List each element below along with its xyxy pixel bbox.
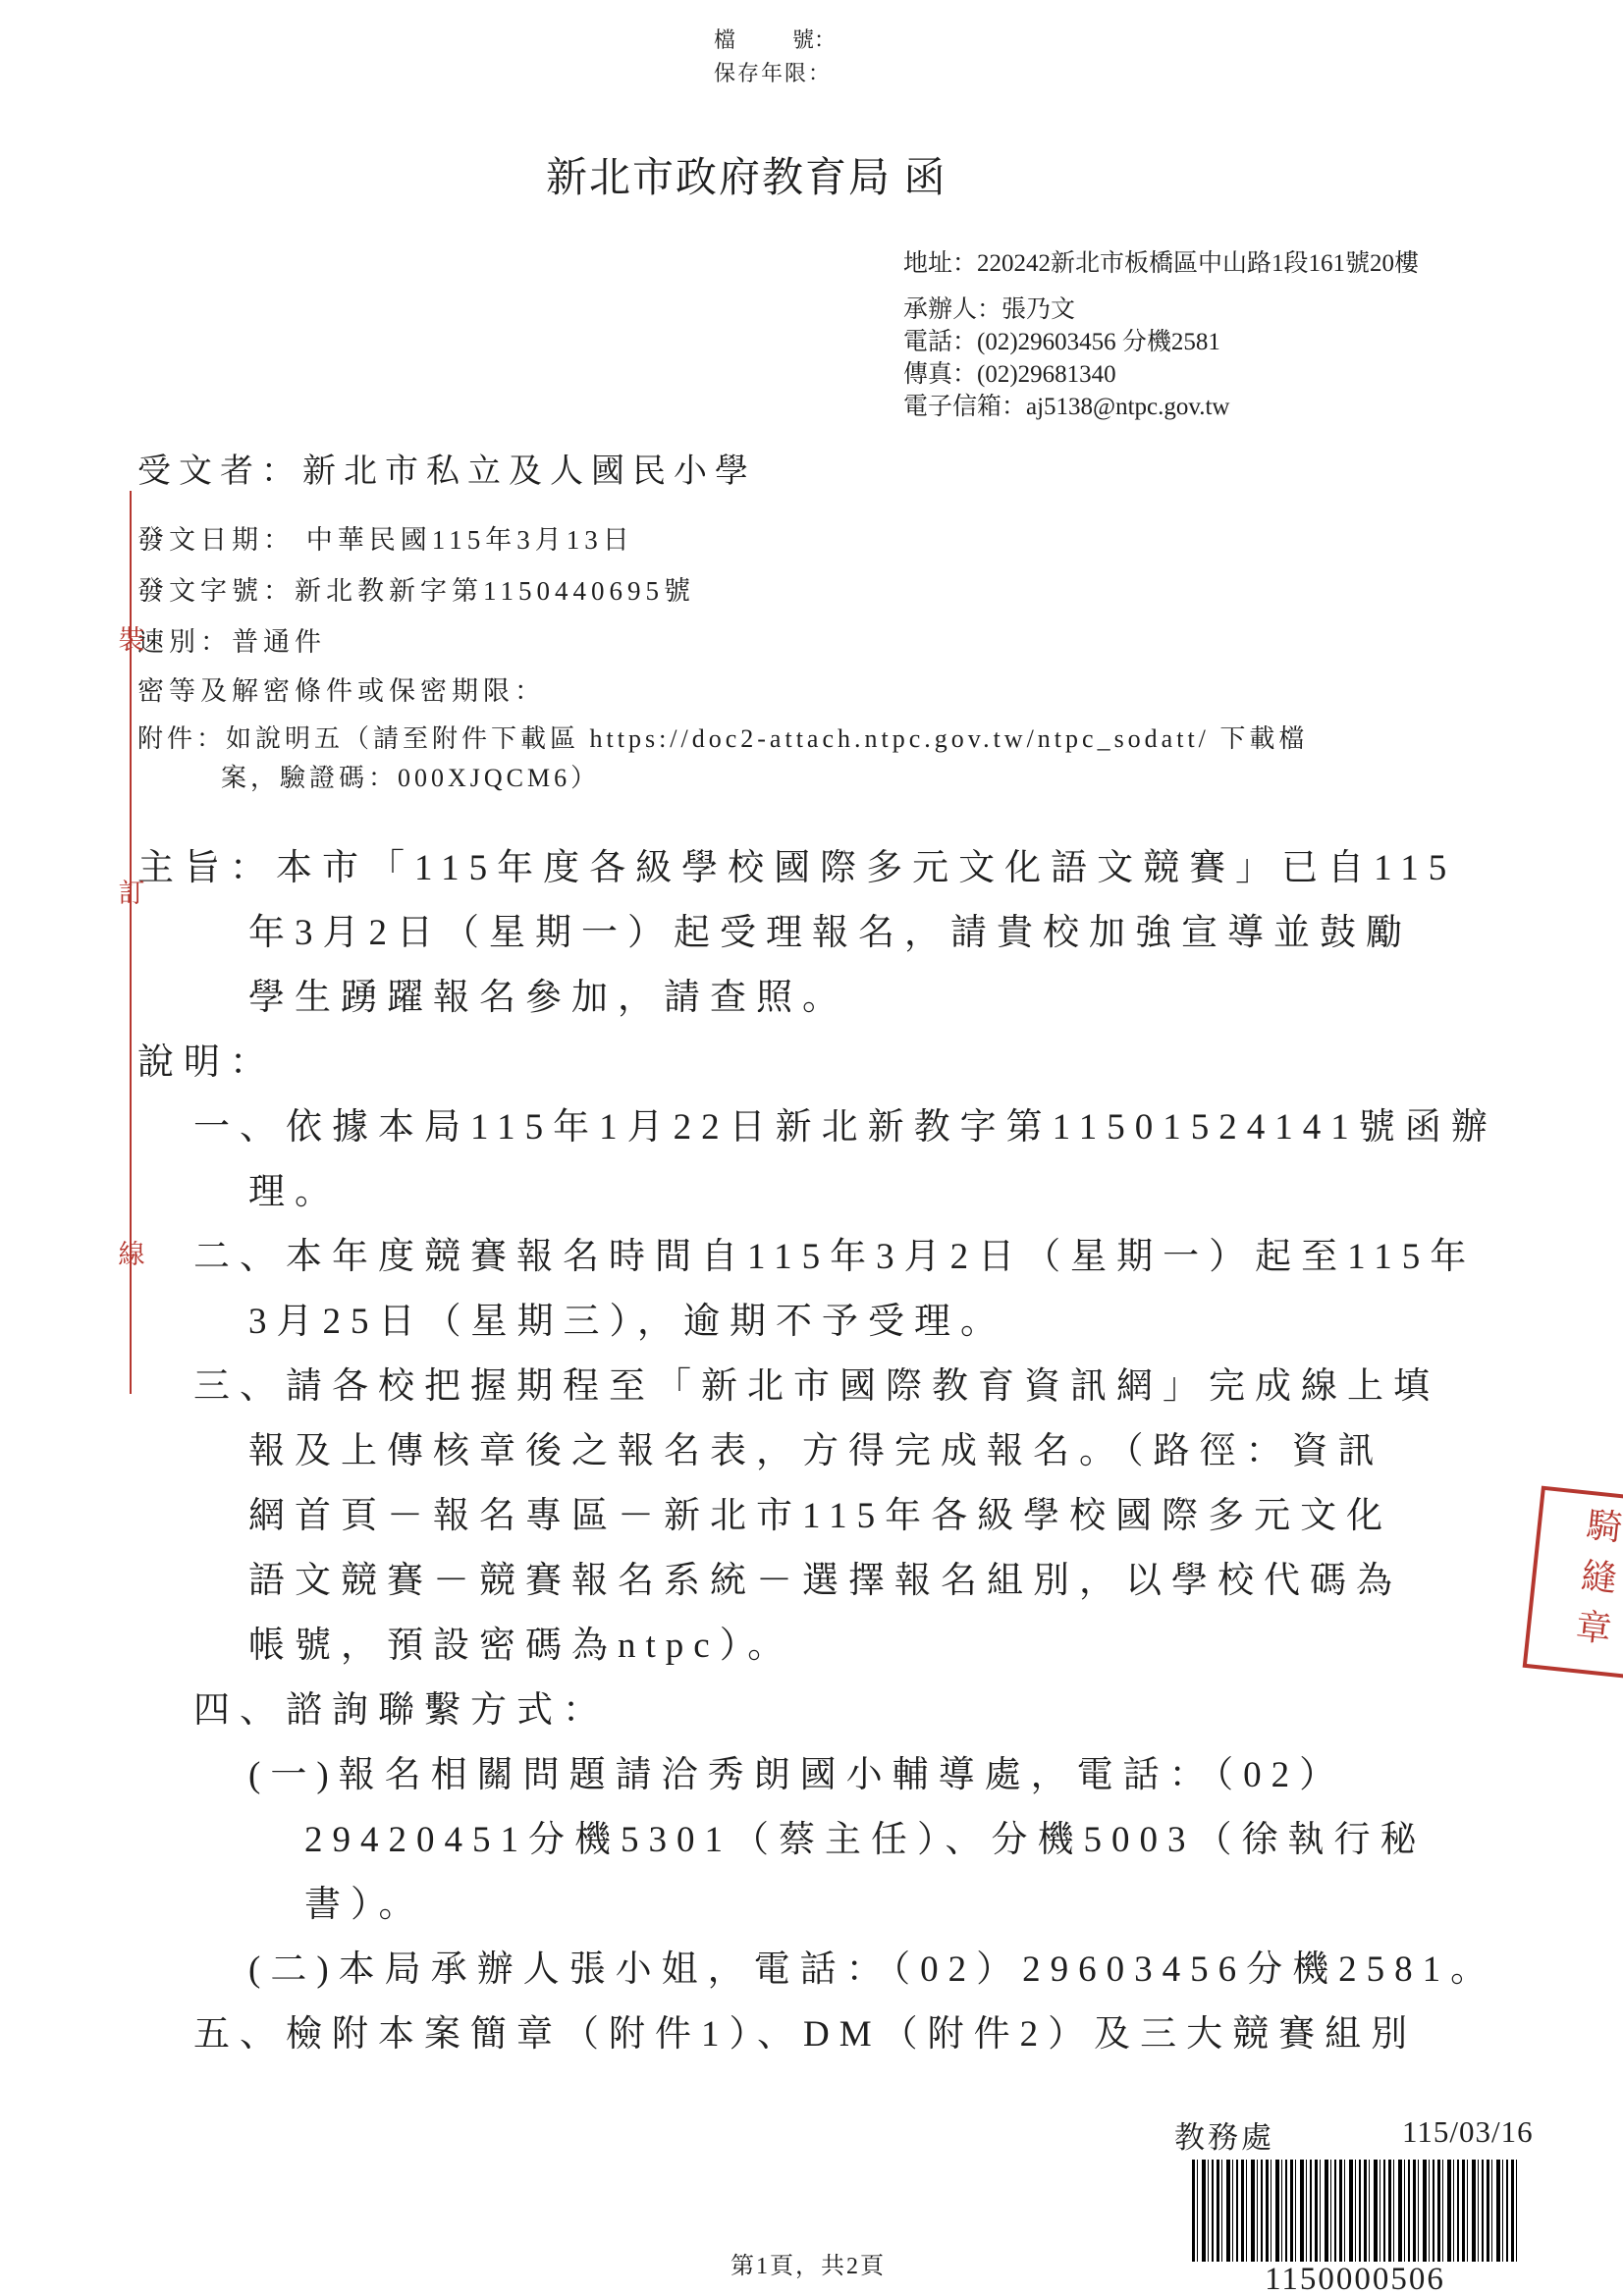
agency-email: 電子信箱：aj5138@ntpc.gov.tw [903,391,1419,423]
barcode [1192,2160,1518,2262]
item-2-line: 3月25日（星期三），逾期不予受理。 [248,1290,1497,1355]
footer-date: 115/03/16 [1402,2114,1534,2150]
seam-stamp: 騎縫章 [1523,1486,1623,1682]
item-1-line: 一、依據本局115年1月22日新北新教字第11501524141號函辦 [193,1095,1497,1160]
item-5-line: 五、檢附本案簡章（附件1）、DM（附件2）及三大競賽組別 [193,2002,1497,2067]
official-letter-page: 檔 號： 保存年限： 新北市政府教育局 函 地址：220242新北市板橋區中山路… [0,0,1623,2296]
agency-address: 地址：220242新北市板橋區中山路1段161號20樓 [903,247,1419,294]
item-3-line: 網首頁－報名專區－新北市115年各級學校國際多元文化 [248,1484,1497,1549]
item-4-1-line: 書）。 [304,1873,1497,1938]
binding-mark-ding: 訂 [116,872,147,910]
retention-period-label: 保存年限： [714,59,871,88]
issue-date-line: 發文日期： 中華民國115年3月13日 [137,518,634,557]
binding-mark-zhuang: 裝 [116,618,147,657]
agency-contact-person: 承辦人：張乃文 [903,294,1419,326]
letter-body: 主旨：本市「115年度各級學校國際多元文化語文競賽」已自115 年3月2日（星期… [137,836,1497,2067]
barcode-number: 1150000506 [1192,2262,1518,2296]
item-3-line: 語文競賽－競賽報名系統－選擇報名組別，以學校代碼為 [248,1549,1497,1614]
item-3-line: 報及上傳核章後之報名表，方得完成報名。（路徑：資訊 [248,1419,1497,1484]
document-number-line: 發文字號：新北教新字第1150440695號 [137,569,695,608]
subject-line: 學生踴躍報名參加，請查照。 [248,966,1497,1031]
file-number-row: 檔 號： [714,26,836,55]
file-header-block: 檔 號： 保存年限： [714,26,871,88]
security-line: 密等及解密條件或保密期限： [137,669,546,708]
item-4-label: 四、諮詢聯繫方式： [193,1679,1497,1743]
explanation-label: 說明： [137,1031,1497,1095]
item-3-line: 三、請各校把握期程至「新北市國際教育資訊網」完成線上填 [193,1355,1497,1419]
item-2-line: 二、本年度競賽報名時間自115年3月2日（星期一）起至115年 [193,1225,1497,1290]
seam-stamp-text: 騎縫章 [1563,1505,1623,1662]
binding-mark-xian: 線 [116,1233,147,1271]
agency-contact-block: 地址：220242新北市板橋區中山路1段161號20樓 承辦人：張乃文 電話：(… [903,247,1419,423]
subject-line: 年3月2日（星期一）起受理報名，請貴校加強宣導並鼓勵 [248,901,1497,966]
file-number-label-right: 號： [792,26,836,55]
attachment-line-1: 附件：如說明五（請至附件下載區 https://doc2-attach.ntpc… [137,719,1308,755]
agency-phone: 電話：(02)29603456 分機2581 [903,326,1419,358]
agency-fax: 傳真：(02)29681340 [903,358,1419,391]
file-number-label-left: 檔 [714,26,735,55]
priority-line: 速別：普通件 [137,620,326,659]
item-4-1-line: (一)報名相關問題請洽秀朗國小輔導處，電話：（02） [248,1743,1497,1808]
attachment-line-2: 案，驗證碼：000XJQCM6） [221,758,600,794]
recipient-line: 受文者：新北市私立及人國民小學 [137,444,756,492]
department-stamp-text: 教務處 [1174,2112,1274,2157]
page-number: 第1頁，共2頁 [730,2246,886,2280]
item-1-line: 理。 [248,1160,1497,1225]
document-title: 新北市政府教育局 函 [546,145,947,204]
subject-line: 主旨：本市「115年度各級學校國際多元文化語文競賽」已自115 [137,836,1497,901]
item-3-line: 帳號，預設密碼為ntpc）。 [248,1614,1497,1679]
item-4-1-line: 29420451分機5301（蔡主任）、分機5003（徐執行秘 [304,1808,1497,1873]
item-4-2-line: (二)本局承辦人張小姐，電話：（02）29603456分機2581。 [248,1938,1497,2002]
